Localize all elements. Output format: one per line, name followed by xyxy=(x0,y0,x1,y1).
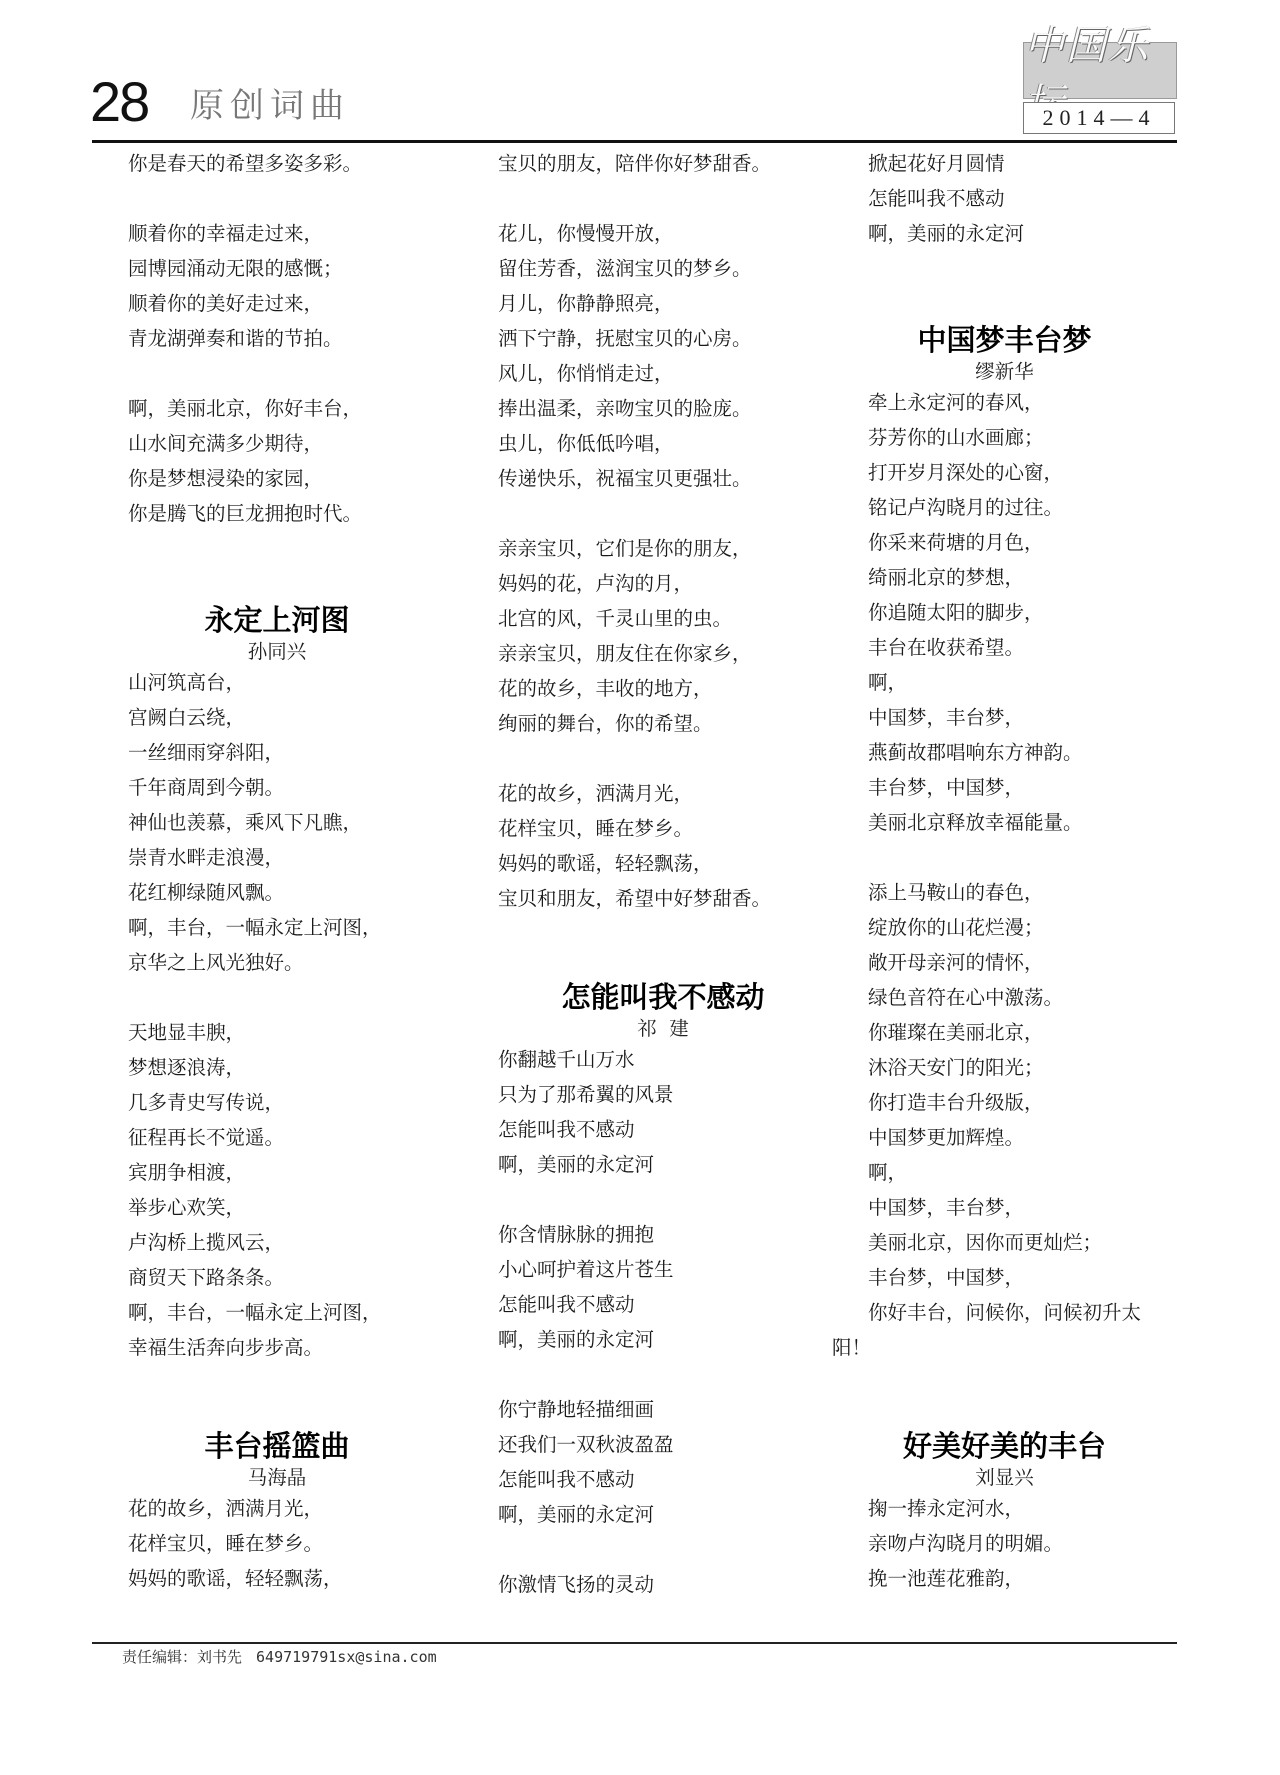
stanza-break xyxy=(128,980,458,1015)
poem-line: 园博园涌动无限的感慨； xyxy=(128,251,458,286)
poem-line: 打开岁月深处的心窗， xyxy=(832,455,1177,490)
poem-line: 你是腾飞的巨龙拥抱时代。 xyxy=(128,496,458,531)
poem-haomei-haomei-de-fengtai: 好美好美的丰台 刘显兴 掬一捧永定河水，亲吻卢沟晓月的明媚。挽一池莲花雅韵， xyxy=(832,1427,1177,1596)
poem-fengtai-lullaby: 丰台摇篮曲 马海晶 花的故乡，洒满月光，花样宝贝，睡在梦乡。妈妈的歌谣，轻轻飘荡… xyxy=(128,1427,458,1596)
poem-line: 天地显丰腴， xyxy=(128,1015,458,1050)
poem-line: 花样宝贝，睡在梦乡。 xyxy=(498,811,828,846)
poem-line: 敞开母亲河的情怀， xyxy=(832,945,1177,980)
poem-line: 神仙也羡慕，乘风下凡瞧， xyxy=(128,805,458,840)
poem-line: 掬一捧永定河水， xyxy=(832,1491,1177,1526)
poem-line: 阳！ xyxy=(832,1330,1177,1365)
poem-line: 中国梦更加辉煌。 xyxy=(832,1120,1177,1155)
poem-line: 绿色音符在心中激荡。 xyxy=(832,980,1177,1015)
poem-line: 北宫的风，千灵山里的虫。 xyxy=(498,601,828,636)
poem-body: 牵上永定河的春风，芬芳你的山水画廊；打开岁月深处的心窗，铭记卢沟晓月的过往。你采… xyxy=(832,385,1177,1365)
stanza-break xyxy=(128,356,458,391)
poem-line: 你是春天的希望多姿多彩。 xyxy=(128,146,458,181)
poem-line: 崇青水畔走浪漫， xyxy=(128,840,458,875)
poem-line: 牵上永定河的春风， xyxy=(832,385,1177,420)
poem-line: 顺着你的幸福走过来， xyxy=(128,216,458,251)
poem-line: 几多青史写传说， xyxy=(128,1085,458,1120)
poem-line: 啊，美丽的永定河 xyxy=(498,1322,828,1357)
poem-line: 亲亲宝贝，朋友住在你家乡， xyxy=(498,636,828,671)
poem-title: 怎能叫我不感动 xyxy=(498,978,828,1016)
poem-line: 啊，丰台，一幅永定上河图， xyxy=(128,1295,458,1330)
poem-line: 花的故乡，洒满月光， xyxy=(498,776,828,811)
poem-body: 掬一捧永定河水，亲吻卢沟晓月的明媚。挽一池莲花雅韵， xyxy=(832,1491,1177,1596)
poem-line: 美丽北京释放幸福能量。 xyxy=(832,805,1177,840)
poem-line: 幸福生活奔向步步高。 xyxy=(128,1330,458,1365)
header-rule xyxy=(92,140,1177,143)
poem-body: 你翻越千山万水只为了那希翼的风景怎能叫我不感动啊，美丽的永定河你含情脉脉的拥抱小… xyxy=(498,1042,828,1602)
stanza-break xyxy=(498,1182,828,1217)
poem-line: 怎能叫我不感动 xyxy=(498,1287,828,1322)
poem-line: 征程再长不觉遥。 xyxy=(128,1120,458,1155)
editor-email: 649719791sx@sina.com xyxy=(256,1648,437,1666)
poem-line: 传递快乐，祝福宝贝更强壮。 xyxy=(498,461,828,496)
stanza-break xyxy=(498,1357,828,1392)
poem-line: 顺着你的美好走过来， xyxy=(128,286,458,321)
poem-line: 丰台在收获希望。 xyxy=(832,630,1177,665)
poem-title: 中国梦丰台梦 xyxy=(832,321,1177,359)
poem-line: 中国梦，丰台梦， xyxy=(832,700,1177,735)
poem-author: 孙同兴 xyxy=(112,639,442,665)
poem-line: 啊，美丽的永定河 xyxy=(498,1147,828,1182)
poem-line: 你采来荷塘的月色， xyxy=(832,525,1177,560)
stanza-break xyxy=(498,1532,828,1567)
poem-author: 缪新华 xyxy=(832,359,1177,385)
stanza-break xyxy=(498,496,828,531)
poem-line: 宾朋争相渡， xyxy=(128,1155,458,1190)
poem-line: 你翻越千山万水 xyxy=(498,1042,828,1077)
poem-line: 只为了那希翼的风景 xyxy=(498,1077,828,1112)
column-1: 你是春天的希望多姿多彩。顺着你的幸福走过来，园博园涌动无限的感慨；顺着你的美好走… xyxy=(128,146,458,1596)
poem-line: 山水间充满多少期待， xyxy=(128,426,458,461)
poem-line: 花红柳绿随风飘。 xyxy=(128,875,458,910)
poem-line: 掀起花好月圆情 xyxy=(832,146,1177,181)
poem-line: 你好丰台，问候你，问候初升太 xyxy=(832,1295,1177,1330)
poem-line: 花样宝贝，睡在梦乡。 xyxy=(128,1526,458,1561)
poem-line: 中国梦，丰台梦， xyxy=(832,1190,1177,1225)
poem-line: 啊，美丽的永定河 xyxy=(832,216,1177,251)
poem-line: 宝贝和朋友，希望中好梦甜香。 xyxy=(498,881,828,916)
poem-line: 梦想逐浪涛， xyxy=(128,1050,458,1085)
poem-line: 花的故乡，丰收的地方， xyxy=(498,671,828,706)
stanza-break xyxy=(498,181,828,216)
poem-line: 亲吻卢沟晓月的明媚。 xyxy=(832,1526,1177,1561)
poem-title: 永定上河图 xyxy=(112,601,442,639)
poem-title: 好美好美的丰台 xyxy=(832,1427,1177,1465)
poem-line: 你含情脉脉的拥抱 xyxy=(498,1217,828,1252)
poem-line: 啊， xyxy=(832,665,1177,700)
stanza-break xyxy=(832,840,1177,875)
poem-line: 啊，美丽北京，你好丰台， xyxy=(128,391,458,426)
poem-line: 商贸天下路条条。 xyxy=(128,1260,458,1295)
poem-line: 一丝细雨穿斜阳， xyxy=(128,735,458,770)
column-2: 宝贝的朋友，陪伴你好梦甜香。花儿，你慢慢开放，留住芳香，滋润宝贝的梦乡。月儿，你… xyxy=(498,146,828,1602)
poem-body: 花的故乡，洒满月光，花样宝贝，睡在梦乡。妈妈的歌谣，轻轻飘荡， xyxy=(128,1491,458,1596)
footer: 责任编辑：刘书先649719791sx@sina.com xyxy=(122,1647,437,1667)
continued-poem: 掀起花好月圆情怎能叫我不感动啊，美丽的永定河 xyxy=(832,146,1177,251)
editor-credit: 责任编辑：刘书先 xyxy=(122,1648,242,1666)
column-3: 掀起花好月圆情怎能叫我不感动啊，美丽的永定河 中国梦丰台梦 缪新华 牵上永定河的… xyxy=(832,146,1177,1596)
poem-title: 丰台摇篮曲 xyxy=(112,1427,442,1465)
poem-line: 京华之上风光独好。 xyxy=(128,945,458,980)
poem-line: 小心呵护着这片苍生 xyxy=(498,1252,828,1287)
poem-line: 你追随太阳的脚步， xyxy=(832,595,1177,630)
poem-line: 挽一池莲花雅韵， xyxy=(832,1561,1177,1596)
poem-line: 宫阙白云绕， xyxy=(128,700,458,735)
poem-line: 绮丽北京的梦想， xyxy=(832,560,1177,595)
poem-zhongguomeng-fengtaimeng: 中国梦丰台梦 缪新华 牵上永定河的春风，芬芳你的山水画廊；打开岁月深处的心窗，铭… xyxy=(832,321,1177,1365)
poem-line: 啊， xyxy=(832,1155,1177,1190)
poem-author: 祁 建 xyxy=(498,1016,828,1042)
poem-line: 怎能叫我不感动 xyxy=(498,1462,828,1497)
section-title: 原创词曲 xyxy=(190,86,350,126)
poem-line: 留住芳香，滋润宝贝的梦乡。 xyxy=(498,251,828,286)
poem-line: 丰台梦，中国梦， xyxy=(832,1260,1177,1295)
magazine-logo: 中国乐坛 xyxy=(1023,42,1177,99)
poem-line: 花儿，你慢慢开放， xyxy=(498,216,828,251)
poem-line: 花的故乡，洒满月光， xyxy=(128,1491,458,1526)
poem-body: 山河筑高台，宫阙白云绕，一丝细雨穿斜阳，千年商周到今朝。神仙也羡慕，乘风下凡瞧，… xyxy=(128,665,458,1365)
poem-line: 添上马鞍山的春色， xyxy=(832,875,1177,910)
poem-author: 刘显兴 xyxy=(832,1465,1177,1491)
poem-line: 你璀璨在美丽北京， xyxy=(832,1015,1177,1050)
poem-line: 丰台梦，中国梦， xyxy=(832,770,1177,805)
poem-line: 举步心欢笑， xyxy=(128,1190,458,1225)
page-number: 28 xyxy=(90,72,148,132)
poem-line: 铭记卢沟晓月的过往。 xyxy=(832,490,1177,525)
poem-line: 妈妈的花，卢沟的月， xyxy=(498,566,828,601)
poem-line: 捧出温柔，亲吻宝贝的脸庞。 xyxy=(498,391,828,426)
footer-rule xyxy=(92,1642,1177,1644)
poem-line: 啊，丰台，一幅永定上河图， xyxy=(128,910,458,945)
poem-line: 燕蓟故郡唱响东方神韵。 xyxy=(832,735,1177,770)
poem-line: 沐浴天安门的阳光； xyxy=(832,1050,1177,1085)
poem-line: 还我们一双秋波盈盈 xyxy=(498,1427,828,1462)
poem-line: 卢沟桥上揽风云， xyxy=(128,1225,458,1260)
poem-line: 你激情飞扬的灵动 xyxy=(498,1567,828,1602)
poem-line: 啊，美丽的永定河 xyxy=(498,1497,828,1532)
continued-poem: 你是春天的希望多姿多彩。顺着你的幸福走过来，园博园涌动无限的感慨；顺着你的美好走… xyxy=(128,146,458,531)
poem-yongding-shanghetu: 永定上河图 孙同兴 山河筑高台，宫阙白云绕，一丝细雨穿斜阳，千年商周到今朝。神仙… xyxy=(128,601,458,1365)
poem-line: 美丽北京，因你而更灿烂； xyxy=(832,1225,1177,1260)
poem-line: 妈妈的歌谣，轻轻飘荡， xyxy=(498,846,828,881)
poem-author: 马海晶 xyxy=(112,1465,442,1491)
poem-line: 你宁静地轻描细画 xyxy=(498,1392,828,1427)
poem-line: 怎能叫我不感动 xyxy=(498,1112,828,1147)
poem-line: 你是梦想浸染的家园， xyxy=(128,461,458,496)
poem-line: 亲亲宝贝，它们是你的朋友， xyxy=(498,531,828,566)
poem-line: 宝贝的朋友，陪伴你好梦甜香。 xyxy=(498,146,828,181)
poem-zenneng-jiaowo-bu-gandong: 怎能叫我不感动 祁 建 你翻越千山万水只为了那希翼的风景怎能叫我不感动啊，美丽的… xyxy=(498,978,828,1602)
poem-line: 绽放你的山花烂漫； xyxy=(832,910,1177,945)
poem-line: 绚丽的舞台，你的希望。 xyxy=(498,706,828,741)
stanza-break xyxy=(498,741,828,776)
poem-line: 洒下宁静，抚慰宝贝的心房。 xyxy=(498,321,828,356)
poem-line: 山河筑高台， xyxy=(128,665,458,700)
issue-number: 2014—4 xyxy=(1023,102,1175,134)
poem-line: 青龙湖弹奏和谐的节拍。 xyxy=(128,321,458,356)
poem-line: 芬芳你的山水画廊； xyxy=(832,420,1177,455)
poem-line: 妈妈的歌谣，轻轻飘荡， xyxy=(128,1561,458,1596)
poem-line: 千年商周到今朝。 xyxy=(128,770,458,805)
poem-line: 月儿，你静静照亮， xyxy=(498,286,828,321)
poem-line: 你打造丰台升级版， xyxy=(832,1085,1177,1120)
poem-line: 虫儿，你低低吟唱， xyxy=(498,426,828,461)
stanza-break xyxy=(128,181,458,216)
poem-line: 风儿，你悄悄走过， xyxy=(498,356,828,391)
poem-line: 怎能叫我不感动 xyxy=(832,181,1177,216)
continued-poem: 宝贝的朋友，陪伴你好梦甜香。花儿，你慢慢开放，留住芳香，滋润宝贝的梦乡。月儿，你… xyxy=(498,146,828,916)
